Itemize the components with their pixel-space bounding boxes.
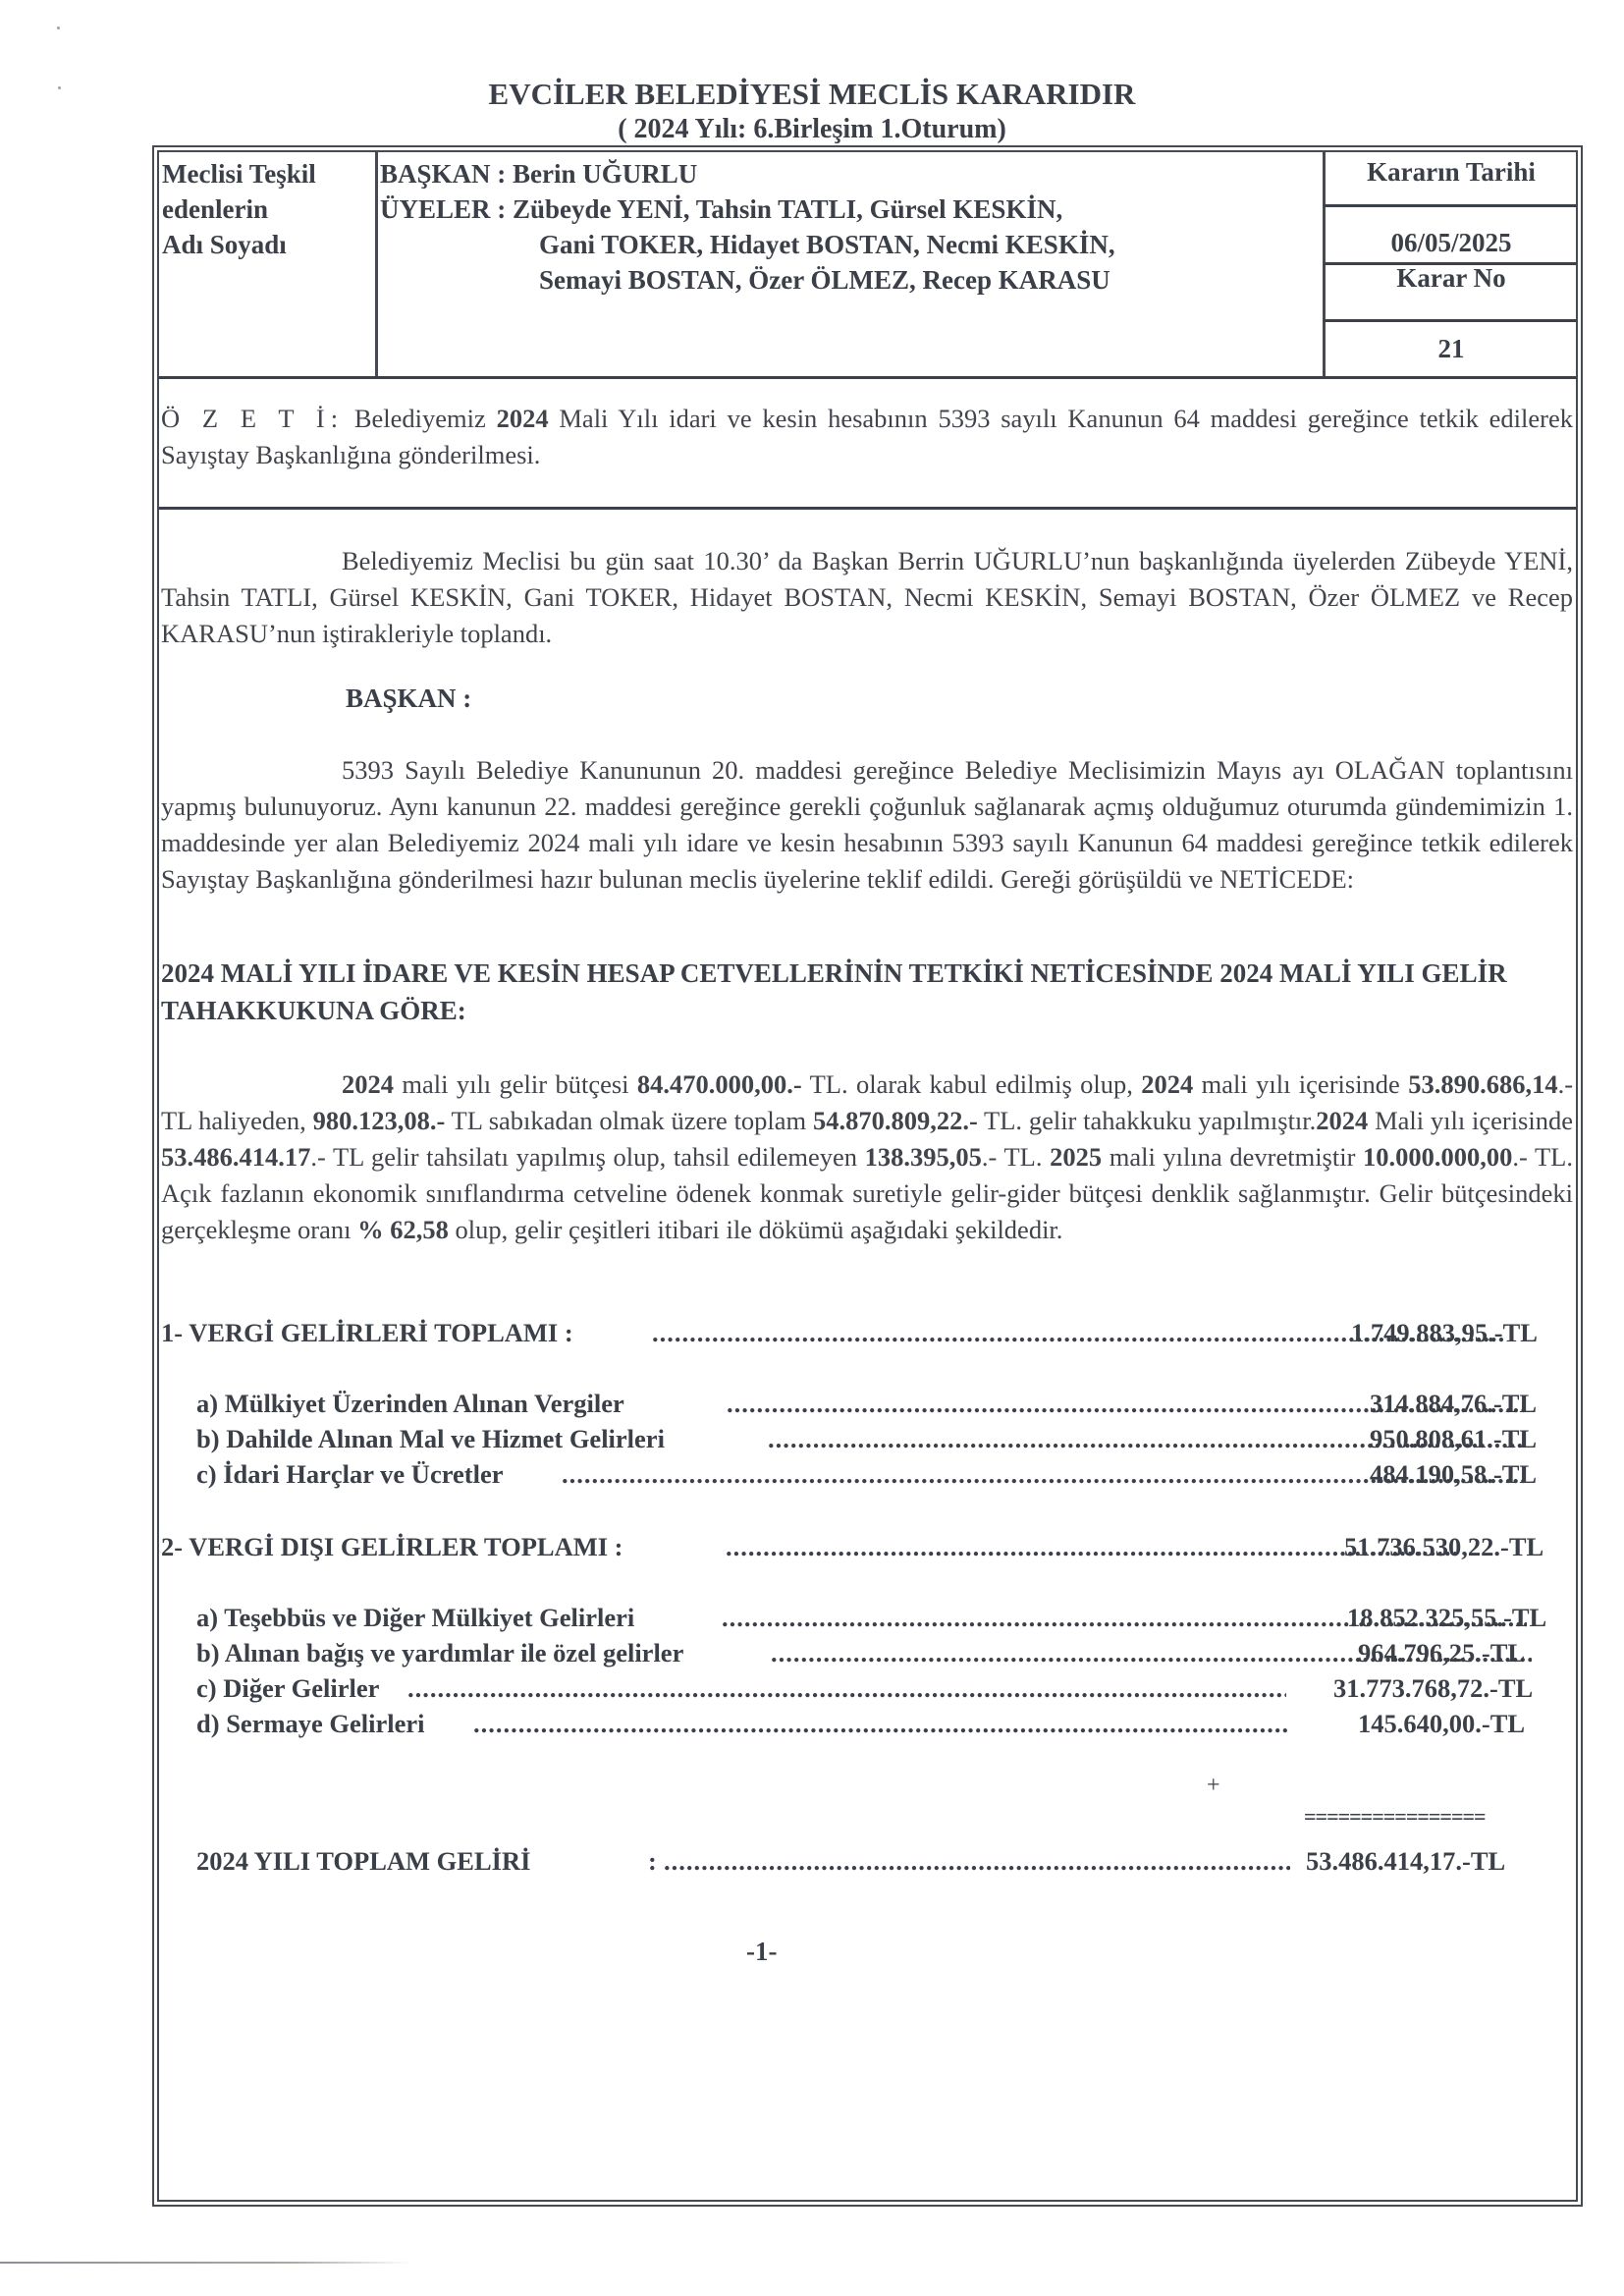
section-heading: 2024 MALİ YILI İDARE VE KESİN HESAP CETV… [161,955,1573,1029]
paragraph-text: .- TL gelir tahsilatı yapılmış olup, tah… [310,1142,864,1172]
agenda-paragraph: 5393 Sayılı Belediye Kanununun 20. madde… [161,752,1573,898]
row-value: 314.884,76.-TL [1370,1389,1537,1419]
leader-dots: ........................................… [407,1673,1286,1704]
table-divider [1324,319,1577,322]
chairman: BAŞKAN : Berin UĞURLU [380,156,1313,191]
summary: Ö Z E T İ: Belediyemiz 2024 Mali Yılı id… [161,401,1573,473]
row-value: 145.640,00.-TL [1358,1709,1525,1739]
bold-figure: 53.486.414.17 [161,1142,310,1172]
paragraph-text: TL sabıkadan olmak üzere toplam [445,1106,813,1135]
council-members-label: Meclisi Teşkil edenlerin Adı Soyadı [162,156,316,262]
leader-dots: ........................................… [664,1846,1290,1877]
row-label: d) Sermaye Gelirleri [196,1709,425,1739]
members-line: ÜYELER : Zübeyde YENİ, Tahsin TATLI, Gür… [380,191,1313,227]
table-divider [375,152,378,377]
paragraph-text: olup, gelir çeşitleri itibari ile dökümü… [449,1215,1063,1244]
meeting-paragraph: Belediyemiz Meclisi bu gün saat 10.30’ d… [161,543,1573,652]
paragraph-text: mali yılı gelir bütçesi [394,1069,637,1099]
decision-date-label: Kararın Tarihi [1326,157,1577,188]
row-value: 950.808,61.-TL [1370,1424,1537,1454]
document-subtitle: ( 2024 Yılı: 6.Birleşim 1.Oturum) [0,114,1624,145]
tax-revenue-item: c) İdari Harçlar ve Ücretler ...........… [196,1459,1575,1495]
grand-total-row: 2024 YILI TOPLAM GELİRİ : ..............… [196,1846,1575,1882]
row-value: 51.736.530,22.-TL [1344,1532,1543,1562]
label-line: Adı Soyadı [162,227,316,262]
tax-revenue-item: b) Dahilde Alınan Mal ve Hizmet Gelirler… [196,1424,1575,1459]
document-title: EVCİLER BELEDİYESİ MECLİS KARARIDIR [0,77,1624,112]
row-label: 2- VERGİ DIŞI GELİRLER TOPLAMI : [161,1532,623,1562]
page-number: -1- [746,1937,777,1967]
bold-figure: % 62,58 [357,1215,449,1244]
non-tax-revenue-item: d) Sermaye Gelirleri ...................… [196,1709,1575,1744]
non-tax-revenue-item: c) Diğer Gelirler ......................… [196,1673,1575,1709]
leader-dots: ........................................… [473,1709,1288,1739]
bold-figure: 2025 [1050,1142,1102,1172]
plus-sign: + [1207,1773,1220,1799]
non-tax-revenue-item: a) Teşebbüs ve Diğer Mülkiyet Gelirleri … [196,1603,1575,1638]
paragraph-text: mali yılına devretmiştir [1102,1142,1363,1172]
summary-label: Ö Z E T İ: [161,404,344,433]
summary-year: 2024 [497,404,549,433]
table-bottom-rule [158,376,1577,379]
paragraph-text: TL. gelir tahakkuku yapılmıştır. [978,1106,1317,1135]
tax-revenue-item: a) Mülkiyet Üzerinden Alınan Vergiler ..… [196,1389,1575,1424]
row-value: 31.773.768,72.-TL [1333,1673,1533,1704]
budget-paragraph: 2024 mali yılı gelir bütçesi 84.470.000,… [161,1066,1573,1248]
decision-date: 06/05/2025 [1326,228,1577,258]
row-value: 53.486.414,17.-TL [1306,1846,1505,1877]
row-label: b) Dahilde Alınan Mal ve Hizmet Gelirler… [196,1424,665,1454]
bold-figure: 2024 [342,1069,394,1099]
summary-bottom-rule [158,507,1577,510]
row-separator: : [648,1846,657,1877]
chairman-label: BAŞKAN : [346,683,471,714]
row-value: 1.749.883,95.-TL [1351,1318,1538,1348]
non-tax-revenue-total-row: 2- VERGİ DIŞI GELİRLER TOPLAMI : .......… [161,1532,1575,1567]
paragraph-text: Mali yılı içerisinde [1368,1106,1573,1135]
scan-speck [57,27,60,29]
row-value: 964.796,25.-TL [1358,1638,1525,1668]
paragraph-text: TL. olarak kabul edilmiş olup, [802,1069,1142,1099]
bold-figure: 980.123,08.- [313,1106,446,1135]
decision-number-label: Karar No [1326,263,1577,294]
row-label: b) Alınan bağış ve yardımlar ile özel ge… [196,1638,683,1668]
scan-edge-line [0,2262,412,2264]
row-label: c) İdari Harçlar ve Ücretler [196,1459,503,1490]
bold-figure: 53.890.686,14 [1408,1069,1557,1099]
bold-figure: 138.395,05 [865,1142,982,1172]
members-line: Semayi BOSTAN, Özer ÖLMEZ, Recep KARASU [380,262,1313,298]
summary-text: Belediyemiz [344,404,497,433]
table-divider [1324,204,1577,207]
row-value: 484.190,58.-TL [1370,1459,1537,1490]
paragraph-text: mali yılı içerisinde [1193,1069,1408,1099]
paragraph-text: .- TL. [982,1142,1050,1172]
row-label: a) Teşebbüs ve Diğer Mülkiyet Gelirleri [196,1603,634,1633]
row-label: 2024 YILI TOPLAM GELİRİ [196,1846,530,1877]
bold-figure: 54.870.809,22.- [813,1106,978,1135]
bold-figure: 10.000.000,00 [1363,1142,1512,1172]
label-line: Meclisi Teşkil [162,156,316,191]
row-value: 18.852.325,55.-TL [1347,1603,1546,1633]
non-tax-revenue-item: b) Alınan bağış ve yardımlar ile özel ge… [196,1638,1575,1673]
council-members: BAŞKAN : Berin UĞURLU ÜYELER : Zübeyde Y… [380,156,1313,298]
bold-figure: 2024 [1141,1069,1193,1099]
double-rule: ================ [1304,1810,1557,1824]
tax-revenue-total-row: 1- VERGİ GELİRLERİ TOPLAMI : ...........… [161,1318,1575,1353]
row-label: c) Diğer Gelirler [196,1673,379,1704]
row-label: a) Mülkiyet Üzerinden Alınan Vergiler [196,1389,624,1419]
row-label: 1- VERGİ GELİRLERİ TOPLAMI : [161,1318,573,1348]
decision-number: 21 [1326,334,1577,364]
bold-figure: 2024 [1316,1106,1368,1135]
members-line: Gani TOKER, Hidayet BOSTAN, Necmi KESKİN… [380,227,1313,262]
label-line: edenlerin [162,191,316,227]
bold-figure: 84.470.000,00.- [637,1069,802,1099]
